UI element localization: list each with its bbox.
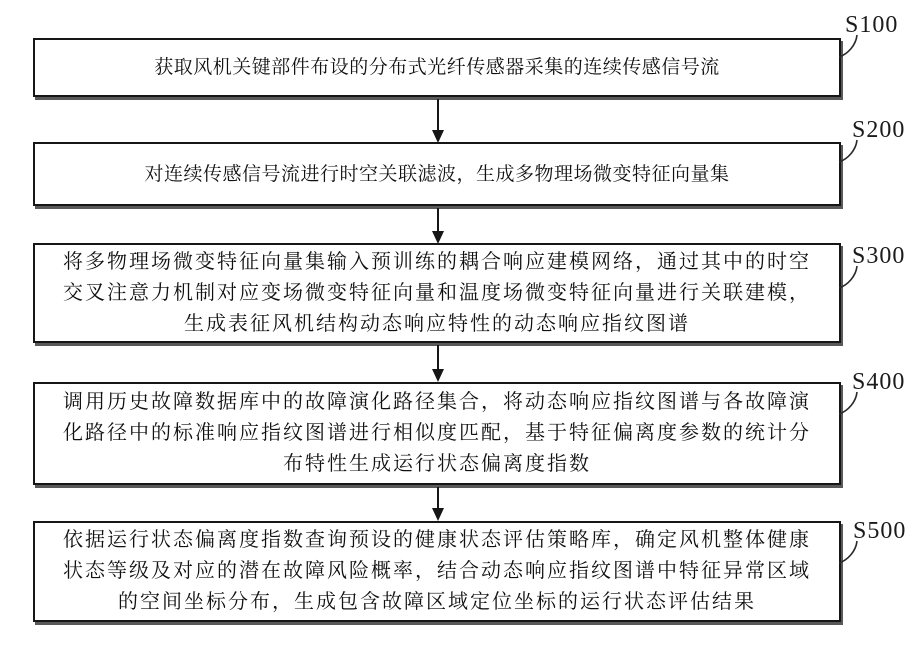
step-text: 调用历史故障数据库中的故障演化路径集合，将动态响应指纹图谱与各故障演 <box>35 387 839 418</box>
flow-arrow-down <box>430 345 446 382</box>
step-box-s400: 调用历史故障数据库中的故障演化路径集合，将动态响应指纹图谱与各故障演 化路径中的… <box>33 382 841 485</box>
step-text: 依据运行状态偏离度指数查询预设的健康状态评估策略库，确定风机整体健康 <box>35 525 839 556</box>
step-text: 布特性生成运行状态偏离度指数 <box>35 449 839 480</box>
step-box-s100: 获取风机关键部件布设的分布式光纤传感器采集的连续传感信号流 <box>33 38 841 97</box>
step-text: 获取风机关键部件布设的分布式光纤传感器采集的连续传感信号流 <box>35 52 839 83</box>
leader-line-icon <box>839 139 861 165</box>
step-text: 的空间坐标分布，生成包含故障区域定位坐标的运行状态评估结果 <box>35 587 839 618</box>
step-text: 生成表征风机结构动态响应特性的动态响应指纹图谱 <box>35 309 839 340</box>
arrow-head-icon <box>432 369 444 382</box>
arrow-shaft <box>437 99 439 134</box>
step-box-s300: 将多物理场微变特征向量集输入预训练的耦合响应建模网络，通过其中的时空 交叉注意力… <box>33 243 841 343</box>
step-text: 化路径中的标准响应指纹图谱进行相似度匹配，基于特征偏离度参数的统计分 <box>35 418 839 449</box>
step-text: 将多物理场微变特征向量集输入预训练的耦合响应建模网络，通过其中的时空 <box>35 247 839 278</box>
flow-arrow-down <box>430 99 446 143</box>
step-text: 交叉注意力机制对应变场微变特征向量和温度场微变特征向量进行关联建模， <box>35 278 839 309</box>
patent-flowchart: 获取风机关键部件布设的分布式光纤传感器采集的连续传感信号流 S100 对连续传感… <box>0 0 922 649</box>
leader-line-icon <box>839 265 861 291</box>
step-text: 对连续传感信号流进行时空关联滤波，生成多物理场微变特征向量集 <box>35 159 839 190</box>
leader-line-icon <box>839 34 861 60</box>
leader-line-icon <box>839 391 861 417</box>
step-text: 状态等级及对应的潜在故障风险概率，结合动态响应指纹图谱中特征异常区域 <box>35 556 839 587</box>
leader-line-icon <box>839 540 861 566</box>
step-box-s500: 依据运行状态偏离度指数查询预设的健康状态评估策略库，确定风机整体健康 状态等级及… <box>33 521 841 622</box>
flow-arrow-down <box>430 208 446 244</box>
step-label-s500: S500 <box>853 519 906 543</box>
flow-arrow-down <box>430 487 446 521</box>
arrow-head-icon <box>432 508 444 521</box>
step-box-s200: 对连续传感信号流进行时空关联滤波，生成多物理场微变特征向量集 <box>33 142 841 206</box>
